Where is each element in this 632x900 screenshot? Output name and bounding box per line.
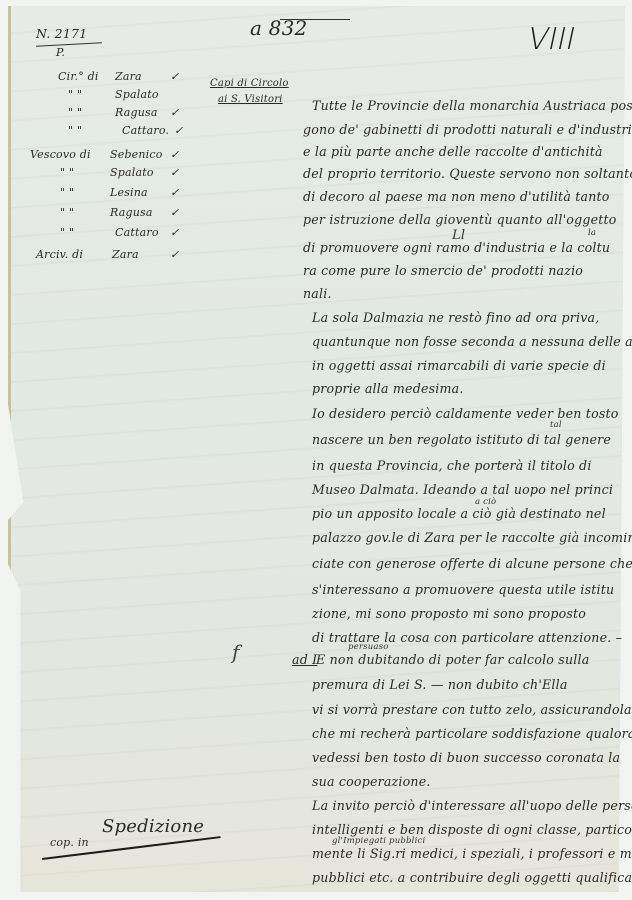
recipients-heading-line1: Capi di Circolo [210,78,289,89]
check-mark-icon: ✓ [174,124,183,137]
recipient-place: Sebenico [110,148,163,161]
body-line: Io desidero perciò caldamente veder ben … [312,406,619,421]
body-line: del proprio territorio. Queste servono n… [303,166,632,181]
body-line: vedessi ben tosto di buon successo coron… [312,750,620,765]
check-mark-icon: ✓ [170,70,179,83]
body-line: zione, mi sono proposto mi sono proposto [312,606,586,621]
recipient-place: Cattaro. [122,124,169,137]
document-scan: N. 2171 P. a 832 VIII Capi di Circolo ai… [0,0,632,900]
body-line: proprie alla medesima. [312,381,464,396]
footer-note-prefix: cop. in [50,836,89,849]
body-line: in oggetti assai rimarcabili di varie sp… [312,358,606,373]
body-line: quantunque non fosse seconda a nessuna d… [312,334,632,349]
body-line: La invito perciò d'interessare all'uopo … [312,798,632,813]
body-line: s'interessano a promuovere questa utile … [312,582,614,597]
body-line: in questa Provincia, che porterà il tito… [312,458,592,473]
body-line: E non dubitando di poter far calcolo sul… [316,652,589,667]
margin-note-ad: ad I [292,652,317,667]
body-line: Museo Dalmata. Ideando a tal uopo nel pr… [312,482,613,497]
check-mark-icon: ✓ [170,148,179,161]
recipient-prefix: " " [60,186,74,199]
recipient-prefix: Arciv. di [36,248,83,261]
body-line: di promuovere ogni ramo d'industria e la… [303,240,610,255]
recipient-place: Spalato [110,166,154,179]
check-mark-icon: ✓ [170,106,179,119]
insert-persuaso: persuaso [348,642,389,652]
check-mark-icon: ✓ [170,226,179,239]
body-line: premura di Lei S. — non dubito ch'Ella [312,677,568,692]
body-line: pubblici etc. a contribuire degli oggett… [312,870,632,885]
body-line: ra come pure lo smercio de' prodotti naz… [303,263,583,278]
recipient-place: Spalato [115,88,159,101]
recipient-place: Ragusa [110,206,153,219]
recipient-place: Zara [115,70,142,83]
body-line: nascere un ben regolato istituto di tal … [312,432,611,447]
check-mark-icon: ✓ [170,166,179,179]
insert-la: la [588,228,596,238]
body-line: Tutte le Provincie della monarchia Austr… [312,98,632,113]
body-line: pio un apposito locale a ciò già destina… [312,506,606,521]
recipient-place: Zara [112,248,139,261]
body-line: di decoro al paese ma non meno d'utilità… [303,189,610,204]
body-line: che mi recherà particolare soddisfazione… [312,726,632,741]
body-line: palazzo gov.le di Zara per le raccolte g… [312,530,632,545]
recipient-prefix: " " [60,166,74,179]
recipient-prefix: " " [68,88,82,101]
body-line: per istruzione della gioventù quanto all… [303,212,617,227]
recipient-place: Lesina [110,186,148,199]
body-line: gono de' gabinetti di prodotti naturali … [303,122,632,137]
recipients-heading-line2: ai S. Visitori [218,94,283,105]
body-line: ciate con generose offerte di alcune per… [312,556,632,571]
recipient-prefix: " " [68,124,82,137]
body-line: intelligenti e ben disposte di ogni clas… [312,822,632,837]
recipient-place: Cattaro [115,226,159,239]
margin-mark: f [232,640,240,664]
body-line: mente li Sig.ri medici, i speziali, i pr… [312,846,632,861]
recipient-place: Ragusa [115,106,158,119]
body-line: vi si vorrà prestare con tutto zelo, ass… [312,702,632,717]
body-line: La sola Dalmazia ne restò fino ad ora pr… [312,310,599,325]
body-line: nali. [303,286,332,301]
insert-tal: tal [550,420,562,430]
check-mark-icon: ✓ [170,186,179,199]
footer-note-main: Spedizione [102,816,204,837]
recipient-prefix: " " [68,106,82,119]
recipient-prefix: " " [60,226,74,239]
archive-overline [280,19,350,20]
check-mark-icon: ✓ [170,206,179,219]
body-line: sua cooperazione. [312,774,431,789]
protocol-sub: P. [56,46,65,59]
folio-number: VIII [524,22,579,57]
body-line: e la più parte anche delle raccolte d'an… [303,144,603,159]
recipient-prefix: Vescovo di [30,148,91,161]
insert-impiegati: gl'Impiegati pubblici [332,836,425,846]
protocol-number: N. 2171 [36,26,87,41]
recipient-prefix: " " [60,206,74,219]
recipient-prefix: Cir.° di [58,70,99,83]
check-mark-icon: ✓ [170,248,179,261]
